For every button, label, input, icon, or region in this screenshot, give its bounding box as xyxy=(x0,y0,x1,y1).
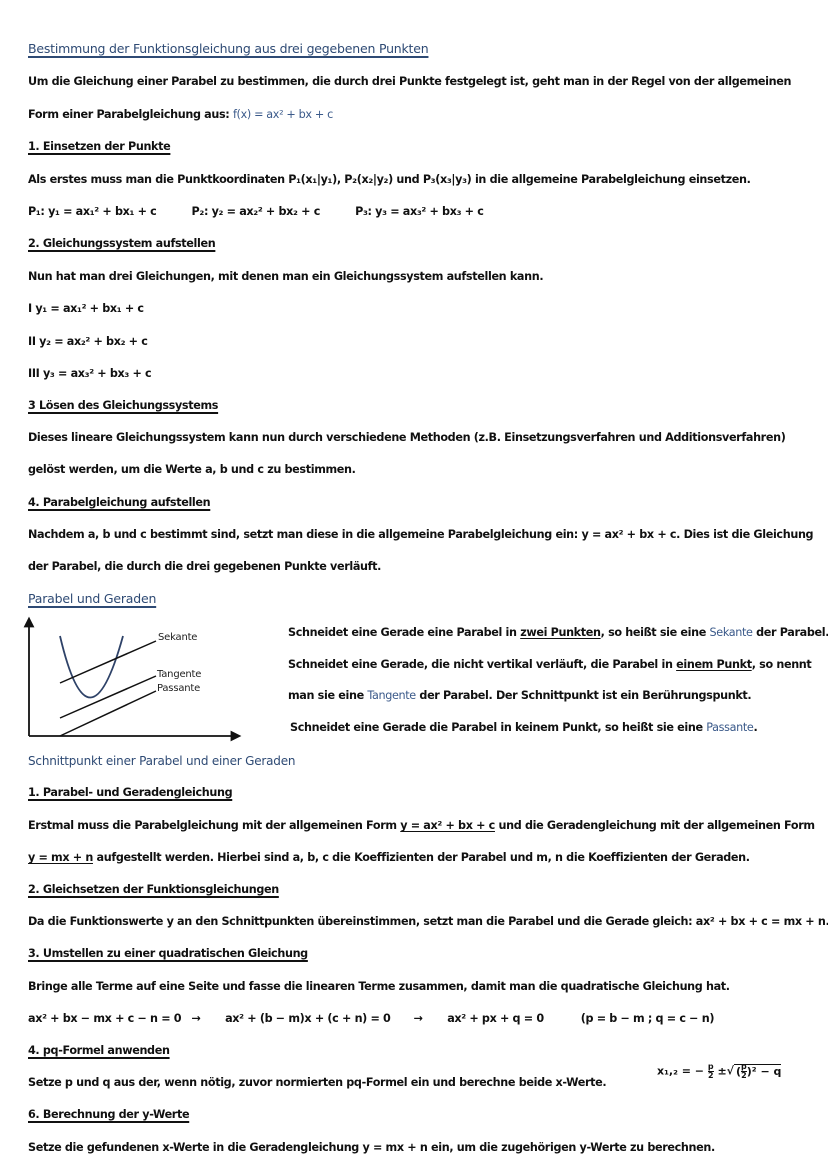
secant-description: Schneidet eine Gerade eine Parabel in zw… xyxy=(288,625,828,641)
pq-definition: (p = b − m ; q = c − n) xyxy=(581,1011,714,1027)
step-heading-equate-functions: 2. Gleichsetzen der Funktionsgleichungen xyxy=(28,882,279,898)
plus-minus: ± xyxy=(717,1065,726,1078)
parabola-curve xyxy=(60,636,123,698)
text: Schneidet eine Gerade, die nicht vertika… xyxy=(288,658,676,671)
system-equation-2: II y₂ = ax₂² + bx₂ + c xyxy=(28,334,148,350)
step1-text-line2: y = mx + n aufgestellt werden. Hierbei s… xyxy=(28,850,750,866)
section-title-intersection: Schnittpunkt einer Parabel und einer Ger… xyxy=(28,753,295,769)
sqrt-tail: ² − q xyxy=(752,1065,782,1078)
equation-step-c: ax² + px + q = 0 xyxy=(447,1011,577,1027)
point-equations-row: P₁: y₁ = ax₁² + bx₁ + c P₂: y₂ = ax₂² + … xyxy=(28,204,484,220)
text: , so nennt xyxy=(752,658,812,671)
equation-step-a: ax² + bx − mx + c − n = 0 xyxy=(28,1011,188,1027)
step1-text-line1: Erstmal muss die Parabelgleichung mit de… xyxy=(28,818,815,834)
pq-formula: x₁,₂ = − p2 ±√(p2)² − q xyxy=(657,1063,781,1080)
step4-text-line1: Nachdem a, b und c bestimmt sind, setzt … xyxy=(28,527,813,543)
step3-text: Bringe alle Terme auf eine Seite und fas… xyxy=(28,979,730,995)
step1-text: Als erstes muss man die Punktkoordinaten… xyxy=(28,172,751,188)
denominator: 2 xyxy=(741,1071,747,1080)
parabola-lines-diagram: Sekante Tangente Passante xyxy=(22,614,272,744)
intro-text-line2: Form einer Parabelgleichung aus: f(x) = … xyxy=(28,107,333,123)
text: , so heißt sie eine xyxy=(601,626,710,639)
parabola-general-form: y = ax² + bx + c xyxy=(400,819,495,832)
line-general-form: y = mx + n xyxy=(28,851,93,864)
step-heading-set-up-parabola: 4. Parabelgleichung aufstellen xyxy=(28,495,210,511)
pq-lhs: x₁,₂ = − xyxy=(657,1065,704,1078)
step-heading-insert-points: 1. Einsetzen der Punkte xyxy=(28,139,170,155)
section-title-three-points: Bestimmung der Funktionsgleichung aus dr… xyxy=(28,41,428,57)
arrow-icon: → xyxy=(192,1011,222,1027)
label-passant: Passante xyxy=(157,683,200,694)
term-tangent: Tangente xyxy=(367,689,415,702)
text: Erstmal muss die Parabelgleichung mit de… xyxy=(28,819,400,832)
step3-text-line2: gelöst werden, um die Werte a, b und c z… xyxy=(28,462,356,478)
rearrange-equations-row: ax² + bx − mx + c − n = 0 → ax² + (b − m… xyxy=(28,1011,714,1027)
intro-prefix: Form einer Parabelgleichung aus: xyxy=(28,108,229,121)
step-heading-rearrange-quadratic: 3. Umstellen zu einer quadratischen Glei… xyxy=(28,946,308,962)
step-heading-equation-system: 2. Gleichungssystem aufstellen xyxy=(28,236,215,252)
tangent-description-line1: Schneidet eine Gerade, die nicht vertika… xyxy=(288,657,811,673)
text: aufgestellt werden. Hierbei sind a, b, c… xyxy=(93,851,750,864)
fraction-p-over-2: p2 xyxy=(741,1063,747,1080)
system-equation-1: I y₁ = ax₁² + bx₁ + c xyxy=(28,301,144,317)
emphasis-one-point: einem Punkt xyxy=(676,658,752,671)
step2-text: Da die Funktionswerte y an den Schnittpu… xyxy=(28,914,828,930)
equation-p2: P₂: y₂ = ax₂² + bx₂ + c xyxy=(192,204,352,220)
text: man sie eine xyxy=(288,689,367,702)
step-heading-y-values: 6. Berechnung der y-Werte xyxy=(28,1107,189,1123)
step-heading-pq-formula: 4. pq-Formel anwenden xyxy=(28,1043,170,1059)
text: Schneidet eine Gerade eine Parabel in xyxy=(288,626,520,639)
text: . xyxy=(753,721,757,734)
square-root-term: (p2)² − q xyxy=(734,1064,781,1078)
diagram-graphic xyxy=(22,614,272,744)
step4-text: Setze p und q aus der, wenn nötig, zuvor… xyxy=(28,1075,606,1091)
equation-p3: P₃: y₃ = ax₃² + bx₃ + c xyxy=(355,204,483,220)
term-passant: Passante xyxy=(706,721,753,734)
step6-text: Setze die gefundenen x-Werte in die Gera… xyxy=(28,1140,715,1156)
general-form-formula: f(x) = ax² + bx + c xyxy=(233,108,333,121)
step3-text-line1: Dieses lineare Gleichungssystem kann nun… xyxy=(28,430,785,446)
label-secant: Sekante xyxy=(158,632,197,643)
label-tangent: Tangente xyxy=(157,669,201,680)
secant-line xyxy=(60,641,156,683)
step2-text: Nun hat man drei Gleichungen, mit denen … xyxy=(28,269,543,285)
step-heading-solve-system: 3 Lösen des Gleichungssystems xyxy=(28,398,218,414)
denominator: 2 xyxy=(708,1071,714,1080)
step-heading-parabola-line-equation: 1. Parabel- und Geradengleichung xyxy=(28,785,232,801)
equation-step-b: ax² + (b − m)x + (c + n) = 0 xyxy=(225,1011,410,1027)
text: Schneidet eine Gerade die Parabel in kei… xyxy=(290,721,706,734)
emphasis-two-points: zwei Punkten xyxy=(520,626,600,639)
fraction-p-over-2: p2 xyxy=(708,1063,714,1080)
text: der Parabel. xyxy=(753,626,828,639)
section-title-parabola-lines: Parabel und Geraden xyxy=(28,591,156,607)
tangent-description-line2: man sie eine Tangente der Parabel. Der S… xyxy=(288,688,751,704)
intro-text-line1: Um die Gleichung einer Parabel zu bestim… xyxy=(28,74,791,90)
passant-description: Schneidet eine Gerade die Parabel in kei… xyxy=(290,720,757,736)
step4-text-line2: der Parabel, die durch die drei gegebene… xyxy=(28,559,381,575)
system-equation-3: III y₃ = ax₃² + bx₃ + c xyxy=(28,366,151,382)
arrow-icon: → xyxy=(414,1011,444,1027)
equation-p1: P₁: y₁ = ax₁² + bx₁ + c xyxy=(28,204,188,220)
text: und die Geradengleichung mit der allgeme… xyxy=(495,819,815,832)
term-secant: Sekante xyxy=(710,626,753,639)
text: der Parabel. Der Schnittpunkt ist ein Be… xyxy=(416,689,751,702)
